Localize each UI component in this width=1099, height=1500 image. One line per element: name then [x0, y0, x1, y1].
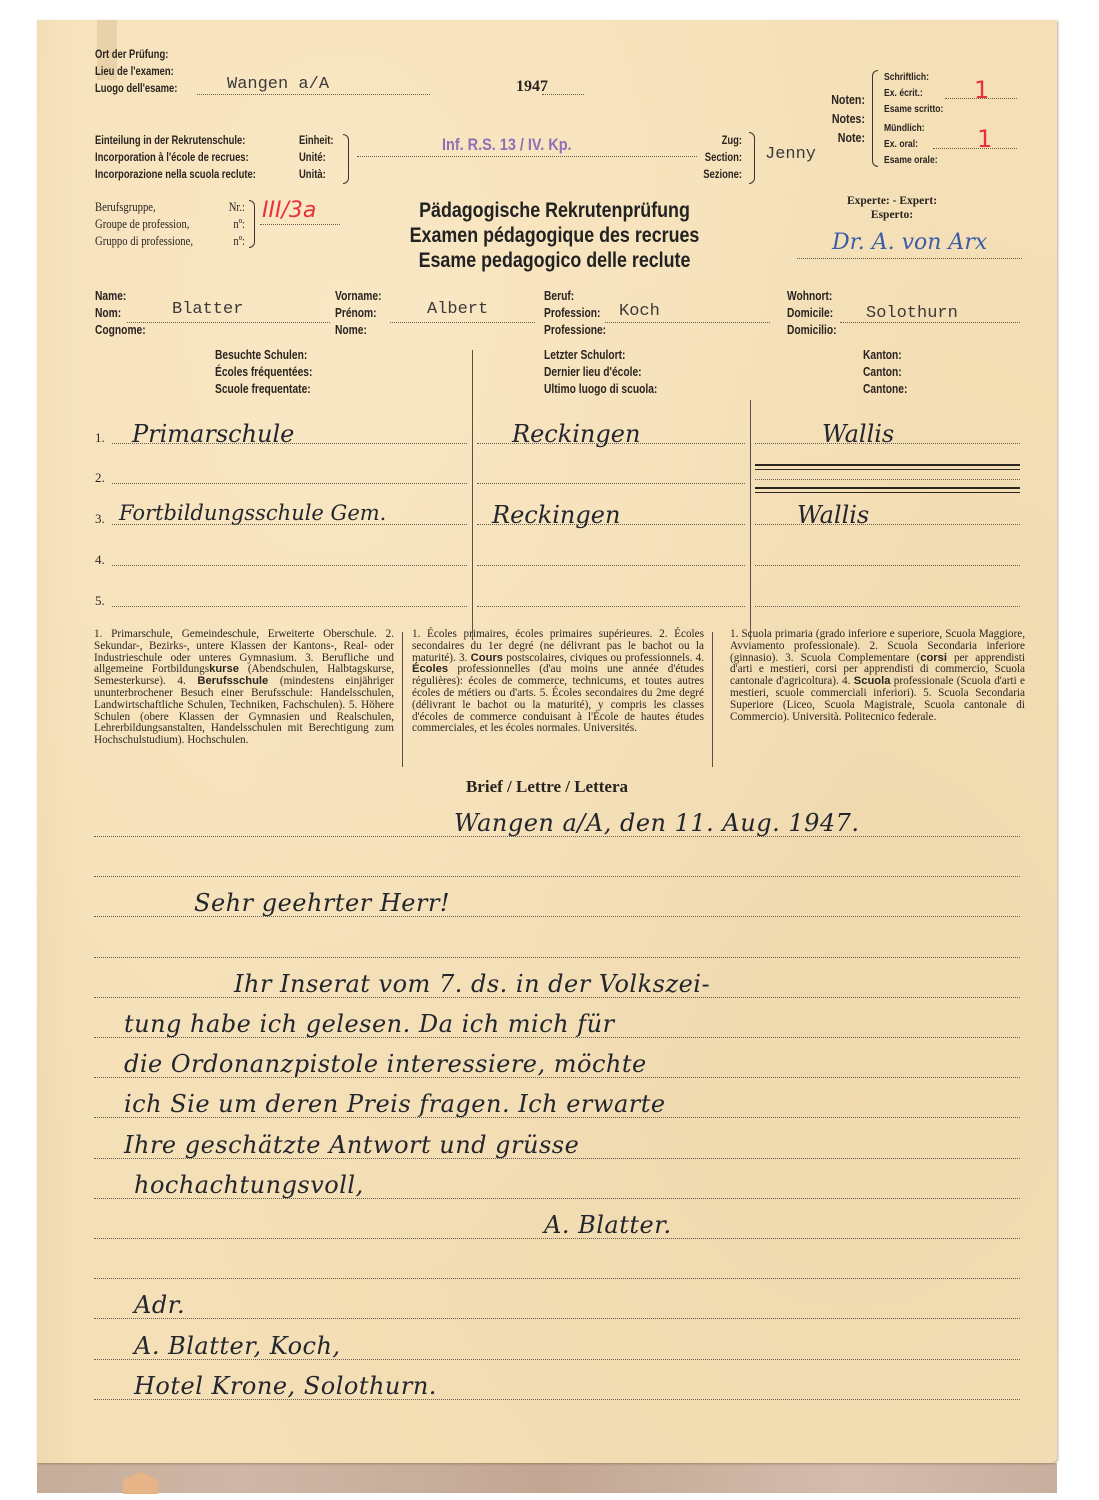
- profession-line: [605, 322, 770, 323]
- profession-group-line: [260, 224, 340, 225]
- footnote-french: 1. Écoles primaires, écoles primaires su…: [412, 629, 704, 735]
- name-label: Name: Nom: Cognome:: [95, 288, 146, 339]
- letter-line-text[interactable]: hochachtungsvoll,: [134, 1171, 364, 1199]
- letter-line-text[interactable]: A. Blatter, Koch,: [134, 1332, 341, 1360]
- row-number: 2.: [95, 470, 105, 486]
- row-line: [112, 565, 467, 566]
- exam-form-page: Ort der Prüfung: Lieu de l'examen: Luogo…: [37, 20, 1057, 1463]
- unit-brace: [343, 134, 349, 184]
- canton-double-line: [755, 487, 1020, 493]
- schools-label: Besuchte Schulen: Écoles fréquentées: Sc…: [215, 347, 312, 398]
- oral-grade[interactable]: 1: [977, 125, 992, 153]
- firstname-label: Vorname: Prénom: Nome:: [335, 288, 382, 339]
- profession-label: Beruf: Profession: Professione:: [544, 288, 606, 339]
- footnote-divider-2: [712, 632, 713, 767]
- background-strip: [37, 1463, 1057, 1493]
- unit-sublabel: Einheit: Unité: Unità:: [299, 133, 334, 184]
- row-line: [755, 606, 1020, 607]
- letter-line-text[interactable]: Wangen a/A, den 11. Aug. 1947.: [454, 809, 860, 837]
- row-number: 5.: [95, 593, 105, 609]
- letter-heading: Brief / Lettre / Lettera: [37, 777, 1057, 797]
- letter-line-text[interactable]: Sehr geehrter Herr!: [194, 889, 450, 917]
- letter-line-text[interactable]: Hotel Krone, Solothurn.: [134, 1372, 437, 1400]
- last-school-place-label: Letzter Schulort: Dernier lieu d'école: …: [544, 347, 657, 398]
- domicile-label: Wohnort: Domicile: Domicilio:: [787, 288, 837, 339]
- expert-label: Experte: - Expert: Esperto:: [832, 194, 952, 222]
- school-place[interactable]: Reckingen: [492, 501, 620, 529]
- row-line: [477, 565, 745, 566]
- row-number: 1.: [95, 430, 105, 446]
- footnote-divider-1: [402, 632, 403, 767]
- oral-line: [933, 148, 1017, 149]
- name-value[interactable]: Blatter: [172, 300, 243, 319]
- unit-label: Einteilung in der Rekrutenschule: Incorp…: [95, 133, 256, 184]
- profession-group-nr-label: Nr.: nº: nº:: [214, 198, 245, 249]
- letter-line-text[interactable]: die Ordonanzpistole interessiere, möchte: [124, 1050, 647, 1078]
- grades-label: Noten: Notes: Note:: [809, 90, 865, 147]
- school-name[interactable]: Primarschule: [132, 420, 294, 448]
- row-line: [477, 483, 745, 484]
- profession-group-label: Berufsgruppe, Groupe de profession, Grup…: [95, 198, 193, 249]
- exam-place-value[interactable]: Wangen a/A: [227, 75, 329, 94]
- letter-line-text[interactable]: Ihre geschätzte Antwort und grüsse: [124, 1131, 579, 1159]
- exam-place-label: Ort der Prüfung: Lieu de l'examen: Luogo…: [95, 47, 177, 98]
- written-grade[interactable]: 1: [974, 76, 989, 104]
- section-value[interactable]: Jenny: [765, 145, 816, 164]
- canton-label: Kanton: Canton: Cantone:: [863, 347, 907, 398]
- letter-line-text[interactable]: Ihr Inserat vom 7. ds. in der Volkszei-: [234, 970, 710, 998]
- schools-column-divider-2: [750, 400, 751, 640]
- grades-brace: [872, 70, 878, 167]
- unit-stamp[interactable]: Inf. R.S. 13 / IV. Kp.: [442, 135, 572, 155]
- row-line: [112, 483, 467, 484]
- written-label: Schriftlich: Ex. écrit.: Esame scritto:: [884, 69, 943, 117]
- profession-value[interactable]: Koch: [619, 302, 660, 321]
- domicile-value[interactable]: Solothurn: [866, 304, 958, 323]
- row-line: [755, 479, 1020, 480]
- firstname-value[interactable]: Albert: [427, 300, 488, 319]
- letter-rule-line: [94, 957, 1020, 958]
- row-line: [112, 606, 467, 607]
- canton-double-line: [755, 464, 1020, 470]
- firstname-line: [390, 322, 535, 323]
- row-line: [755, 565, 1020, 566]
- unit-line: [357, 156, 697, 157]
- row-number: 4.: [95, 552, 105, 568]
- footnote-german: 1. Primarschule, Gemeindeschule, Erweite…: [94, 629, 394, 747]
- footnote-italian: 1. Scuola primaria (grado inferiore e su…: [730, 629, 1025, 723]
- expert-signature[interactable]: Dr. A. von Arx: [832, 230, 987, 255]
- schools-column-divider-1: [472, 350, 473, 640]
- year-line: [542, 94, 584, 95]
- row-line: [755, 524, 1020, 525]
- school-name[interactable]: Fortbildungsschule Gem.: [119, 501, 386, 525]
- letter-rule-line: [94, 876, 1020, 877]
- oral-label: Mündlich: Ex. oral: Esame orale:: [884, 120, 938, 168]
- school-canton[interactable]: Wallis: [797, 501, 869, 529]
- exam-place-line: [197, 94, 430, 95]
- form-title: Pädagogische Rekrutenprüfung Examen péda…: [377, 198, 732, 273]
- letter-line-text[interactable]: tung habe ich gelesen. Da ich mich für: [124, 1010, 615, 1038]
- letter-rule-line: [94, 1278, 1020, 1279]
- expert-line: [797, 258, 1022, 259]
- section-label: Zug: Section: Sezione:: [689, 133, 742, 184]
- letter-line-text[interactable]: A. Blatter.: [544, 1211, 672, 1239]
- letter-line-text[interactable]: Adr.: [134, 1291, 185, 1319]
- school-place[interactable]: Reckingen: [512, 420, 640, 448]
- letter-line-text[interactable]: ich Sie um deren Preis fragen. Ich erwar…: [124, 1090, 666, 1118]
- letter-rule-line: [94, 1318, 1020, 1319]
- profession-group-value[interactable]: III/3a: [262, 198, 316, 223]
- profession-group-brace: [249, 200, 255, 248]
- row-number: 3.: [95, 511, 105, 527]
- section-brace: [749, 132, 755, 184]
- name-line: [127, 322, 330, 323]
- school-canton[interactable]: Wallis: [822, 420, 894, 448]
- row-line: [477, 606, 745, 607]
